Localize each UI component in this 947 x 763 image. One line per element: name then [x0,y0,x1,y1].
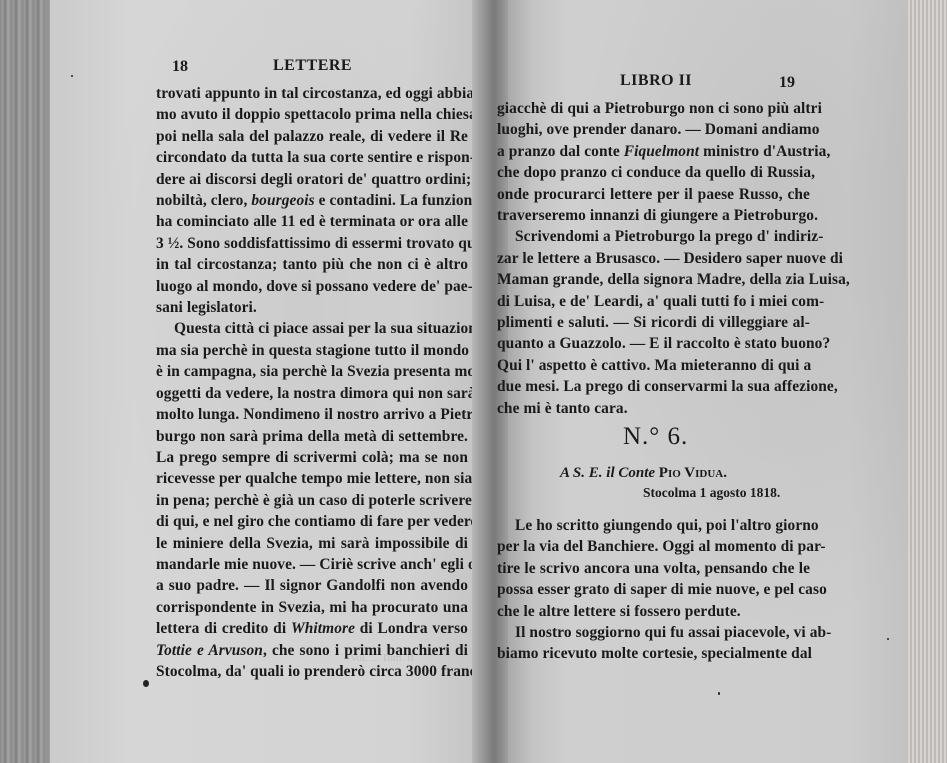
text-line-with-italic: nobiltà, clero, bourgeois e contadini. L… [156,190,468,211]
addressee-name: Pio Vidua. [659,465,727,481]
text-line: molto lunga. Nondimeno il nostro arrivo … [156,404,468,425]
text-line-with-italic: lettera di credito di Whitmore di Londra… [156,618,468,639]
left-page-number: 18 [172,58,188,76]
text-line: mandarle mie nuove. — Ciriè scrive anch'… [156,554,468,575]
text-line: traverseremo innanzi di giungere a Pietr… [497,205,810,226]
letter-addressee: A S. E. il Conte Pio Vidua. [560,465,727,482]
left-page-body: trovati appunto in tal circostanza, ed o… [156,83,468,682]
italic-word: Tottie e Arvuson [156,642,263,659]
text-line: possa esser grato di saper di mie nuove,… [497,579,810,600]
left-running-head: LETTERE [273,57,352,75]
text-line: giacchè di qui a Pietroburgo non ci sono… [497,98,810,119]
letter-place-date: Stocolma 1 agosto 1818. [643,485,780,501]
left-binding-edge [0,0,50,763]
text-line: oggetti da vedere, la nostra dimora qui … [156,383,468,404]
text-line: Il nostro soggiorno qui fu assai piacevo… [497,622,810,643]
ink-speck [71,75,73,77]
text-line: sani legislatori. [156,297,468,318]
text-line: che le altre lettere si fossero perdute. [497,601,810,622]
text-line: onde procurarci lettere per il paese Rus… [497,184,810,205]
text-line: a suo padre. — Il signor Gandolfi non av… [156,575,468,596]
text-line: Stocolma, da' quali io prenderò circa 30… [156,661,468,682]
page-edges-strip [908,0,947,763]
text-line: ma sia perchè in questa stagione tutto i… [156,340,468,361]
italic-word: Fiquelmont [624,143,699,160]
text-line: che mi è tanto cara. [497,398,810,419]
text-line: è in campagna, sia perchè la Svezia pres… [156,361,468,382]
italic-word: bourgeois [251,192,314,209]
text-line: quanto a Guazzolo. — E il raccolto è sta… [497,333,810,354]
text-line: due mesi. La prego di conservarmi la sua… [497,376,810,397]
ink-speck [143,680,149,687]
text-line: poi nella sala del palazzo reale, di ved… [156,126,468,147]
text-line: La prego sempre di scrivermi colà; ma se… [156,447,468,468]
text-line: luoghi, ove prender danaro. — Domani and… [497,119,810,140]
text-line: circondato da tutta la sua corte sentire… [156,147,468,168]
ink-speck [887,638,889,640]
text-line: dere ai discorsi degli oratori de' quatt… [156,169,468,190]
addressee-prefix: A S. E. il Conte [560,465,655,481]
text-line: mo avuto il doppio spettacolo prima nell… [156,104,468,125]
text-line: Scrivendomi a Pietroburgo la prego d' in… [497,226,810,247]
text-line: zar le lettere a Brusasco. — Desidero sa… [497,248,810,269]
text-line: trovati appunto in tal circostanza, ed o… [156,83,468,104]
right-running-head: LIBRO II [620,72,692,90]
right-page-body-bottom: Le ho scritto giungendo qui, poi l'altro… [497,515,810,665]
text-line: burgo non sarà prima della metà di sette… [156,426,468,447]
text-line: tire le scrivo ancora una volta, pensand… [497,558,810,579]
text-line: le miniere della Svezia, mi sarà impossi… [156,533,468,554]
text-line-with-italic: Tottie e Arvuson, che sono i primi banch… [156,640,468,661]
text-line-with-italic: a pranzo dal conte Fiquelmont ministro d… [497,141,810,162]
text-line: per la via del Banchiere. Oggi al moment… [497,536,810,557]
text-line: biamo ricevuto molte cortesie, specialme… [497,643,810,664]
text-line: Questa città ci piace assai per la sua s… [156,318,468,339]
text-line: ricevesse per qualche tempo mie lettere,… [156,468,468,489]
italic-word: Whitmore [291,620,355,637]
text-line: Le ho scritto giungendo qui, poi l'altro… [497,515,810,536]
text-line: plimenti e saluti. — Si ricordi di ville… [497,312,810,333]
text-line: corrispondente in Svezia, mi ha procurat… [156,597,468,618]
faint-signature-mark: Vol. ... Tom. II [350,652,414,664]
text-line: Maman grande, della signora Madre, della… [497,269,810,290]
text-line: in pena; perchè è già un caso di poterle… [156,490,468,511]
text-line: 3 ½. Sono soddisfattissimo di essermi tr… [156,233,468,254]
text-line: di Luisa, e de' Leardi, a' quali tutti f… [497,291,810,312]
letter-number-heading: N.° 6. [623,423,688,451]
ink-speck [718,692,720,695]
text-line: Qui l' aspetto è cattivo. Ma mieteranno … [497,355,810,376]
right-page-body-top: giacchè di qui a Pietroburgo non ci sono… [497,98,810,419]
text-line: di qui, e nel giro che contiamo di fare … [156,511,468,532]
right-page-number: 19 [779,74,795,92]
book-spread: 18 LETTERE trovati appunto in tal circos… [0,0,947,763]
text-line: in tal circostanza; tanto più che non ci… [156,254,468,275]
text-line: luogo al mondo, dove si possano vedere d… [156,276,468,297]
text-line: che dopo pranzo ci conduce da quello di … [497,162,810,183]
text-line: ha cominciato alle 11 ed è terminata or … [156,211,468,232]
